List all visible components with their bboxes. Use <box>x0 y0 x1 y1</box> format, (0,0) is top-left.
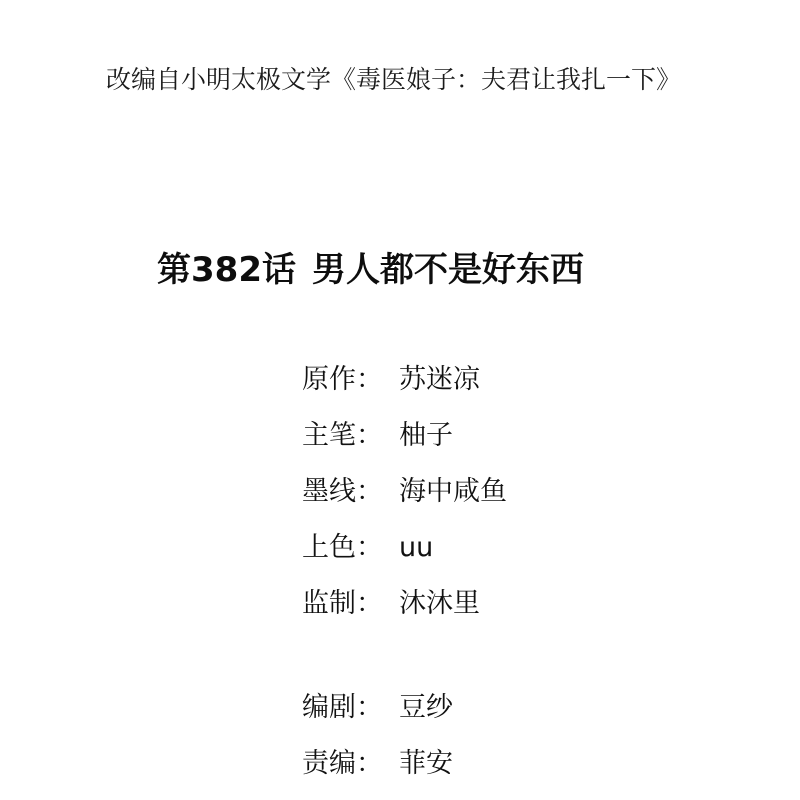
credits-list: 原作： 苏迷凉 主笔： 柚子 墨线： 海中咸鱼 上色： uu 监制： 沐沐里 编… <box>302 360 507 800</box>
credit-name: 海中咸鱼 <box>399 472 507 528</box>
credit-name: 沐沐里 <box>399 584 480 640</box>
credit-role: 主笔： <box>302 416 399 472</box>
source-attribution: 改编自小明太极文学《毒医娘子：夫君让我扎一下》 <box>106 60 706 100</box>
credit-row-lineart: 墨线： 海中咸鱼 <box>302 472 507 528</box>
credit-role: 责编： <box>302 744 399 800</box>
credit-row-editor: 责编： 菲安 <box>302 744 507 800</box>
credit-row-lead-artist: 主笔： 柚子 <box>302 416 507 472</box>
credit-role: 上色： <box>302 528 399 584</box>
credit-role: 墨线： <box>302 472 399 528</box>
credit-name: 豆纱 <box>399 688 453 744</box>
chapter-heading: 第382话男人都不是好东西 <box>157 248 584 292</box>
chapter-number: 第382话 <box>157 250 296 290</box>
chapter-title: 男人都不是好东西 <box>312 250 584 290</box>
credit-role: 监制： <box>302 584 399 640</box>
credit-row-screenwriter: 编剧： 豆纱 <box>302 688 507 744</box>
credit-row-coloring: 上色： uu <box>302 528 507 584</box>
credit-role: 原作： <box>302 360 399 416</box>
credit-name: 苏迷凉 <box>399 360 480 416</box>
section-spacer <box>302 640 507 688</box>
credit-row-original-author: 原作： 苏迷凉 <box>302 360 507 416</box>
credit-name: uu <box>399 528 433 584</box>
credit-row-producer: 监制： 沐沐里 <box>302 584 507 640</box>
credit-name: 菲安 <box>399 744 453 800</box>
credit-role: 编剧： <box>302 688 399 744</box>
credit-name: 柚子 <box>399 416 453 472</box>
